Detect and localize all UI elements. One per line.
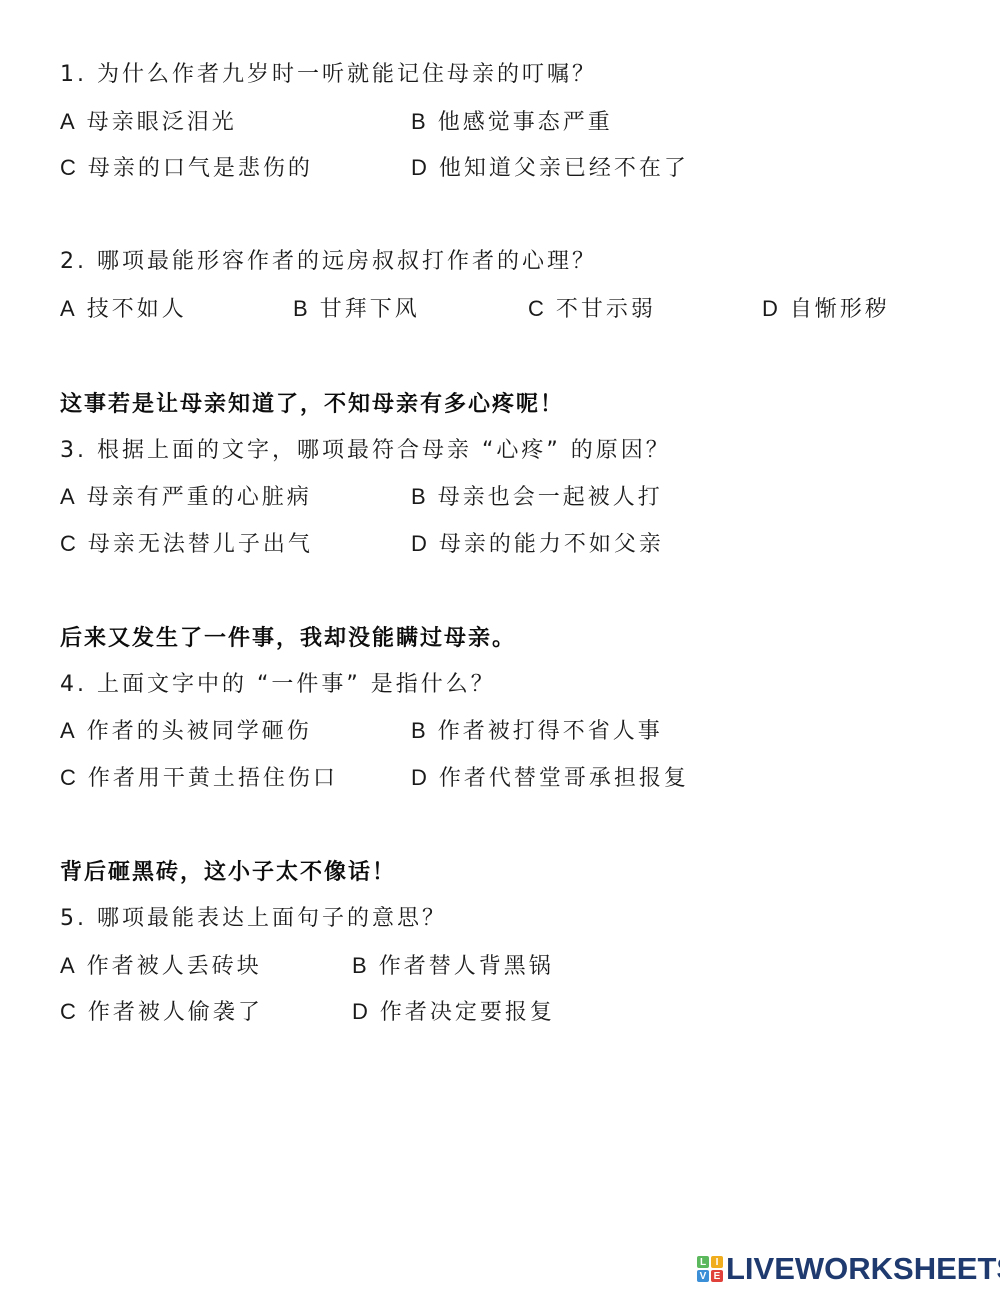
option-letter: C <box>60 765 76 790</box>
option-text: 母亲也会一起被人打 <box>438 485 663 510</box>
question-1-option-c[interactable]: C母亲的口气是悲伤的 <box>60 153 313 184</box>
question-4-text: 4. 上面文字中的 “一件事” 是指什么？ <box>60 670 496 700</box>
logo-tile-i: I <box>711 1256 723 1268</box>
option-letter: C <box>60 155 76 180</box>
question-4-option-b[interactable]: B作者被打得不省人事 <box>411 716 663 747</box>
option-text: 他知道父亲已经不在了 <box>439 156 689 181</box>
option-text: 作者替人背黑锅 <box>379 954 554 979</box>
option-letter: C <box>60 999 76 1024</box>
option-text: 作者被打得不省人事 <box>438 719 663 744</box>
question-4-quote: 后来又发生了一件事，我却没能瞒过母亲。 <box>60 624 516 654</box>
option-text: 作者被人丢砖块 <box>87 954 262 979</box>
question-5-option-b[interactable]: B作者替人背黑锅 <box>352 951 554 982</box>
option-letter: B <box>293 296 308 321</box>
option-text: 母亲眼泛泪光 <box>87 110 237 135</box>
option-text: 作者决定要报复 <box>380 1000 555 1025</box>
question-3-text: 3. 根据上面的文字，哪项最符合母亲 “心疼” 的原因？ <box>60 436 671 466</box>
option-letter: C <box>60 531 76 556</box>
option-letter: B <box>411 718 426 743</box>
question-3-option-d[interactable]: D母亲的能力不如父亲 <box>411 529 664 560</box>
option-text: 甘拜下风 <box>320 297 420 322</box>
option-letter: D <box>352 999 368 1024</box>
question-4-option-a[interactable]: A作者的头被同学砸伤 <box>60 716 312 747</box>
logo-text: LIVEWORKSHEETS <box>726 1253 1000 1285</box>
question-5-text: 5. 哪项最能表达上面句子的意思？ <box>60 904 447 934</box>
option-letter: A <box>60 109 75 134</box>
option-letter: D <box>762 296 778 321</box>
option-text: 他感觉事态严重 <box>438 110 613 135</box>
option-letter: B <box>411 484 426 509</box>
option-text: 母亲无法替儿子出气 <box>88 532 313 557</box>
question-3-option-b[interactable]: B母亲也会一起被人打 <box>411 482 663 513</box>
option-letter: D <box>411 765 427 790</box>
question-2-option-b[interactable]: B甘拜下风 <box>293 294 420 325</box>
question-1-text: 1. 为什么作者九岁时一听就能记住母亲的叮嘱？ <box>60 60 597 90</box>
live-tiles-icon: L I V E <box>697 1256 723 1282</box>
option-text: 作者用干黄土捂住伤口 <box>88 766 338 791</box>
option-letter: A <box>60 953 75 978</box>
question-5-option-d[interactable]: D作者决定要报复 <box>352 997 555 1028</box>
question-3-option-c[interactable]: C母亲无法替儿子出气 <box>60 529 313 560</box>
logo-tile-e: E <box>711 1270 723 1282</box>
option-text: 不甘示弱 <box>556 297 656 322</box>
question-4-option-c[interactable]: C作者用干黄土捂住伤口 <box>60 763 338 794</box>
liveworksheets-logo[interactable]: L I V E LIVEWORKSHEETS <box>697 1253 1000 1285</box>
option-text: 作者的头被同学砸伤 <box>87 719 312 744</box>
question-2-text: 2. 哪项最能形容作者的远房叔叔打作者的心理？ <box>60 247 597 277</box>
question-1-option-a[interactable]: A母亲眼泛泪光 <box>60 107 237 138</box>
option-letter: A <box>60 718 75 743</box>
option-letter: B <box>411 109 426 134</box>
option-letter: D <box>411 155 427 180</box>
option-text: 自惭形秽 <box>790 297 890 322</box>
question-2-option-c[interactable]: C不甘示弱 <box>528 294 656 325</box>
question-4-option-d[interactable]: D作者代替堂哥承担报复 <box>411 763 689 794</box>
question-2-option-d[interactable]: D自惭形秽 <box>762 294 890 325</box>
option-text: 作者被人偷袭了 <box>88 1000 263 1025</box>
question-5-option-a[interactable]: A作者被人丢砖块 <box>60 951 262 982</box>
option-text: 母亲的能力不如父亲 <box>439 532 664 557</box>
option-text: 技不如人 <box>87 297 187 322</box>
option-letter: A <box>60 484 75 509</box>
question-2-option-a[interactable]: A技不如人 <box>60 294 187 325</box>
question-1-option-b[interactable]: B他感觉事态严重 <box>411 107 613 138</box>
option-text: 母亲有严重的心脏病 <box>87 485 312 510</box>
question-1-option-d[interactable]: D他知道父亲已经不在了 <box>411 153 689 184</box>
question-5-option-c[interactable]: C作者被人偷袭了 <box>60 997 263 1028</box>
option-letter: A <box>60 296 75 321</box>
option-letter: C <box>528 296 544 321</box>
logo-tile-l: L <box>697 1256 709 1268</box>
question-3-quote: 这事若是让母亲知道了，不知母亲有多心疼呢！ <box>60 390 564 420</box>
question-3-option-a[interactable]: A母亲有严重的心脏病 <box>60 482 312 513</box>
option-letter: D <box>411 531 427 556</box>
option-text: 母亲的口气是悲伤的 <box>88 156 313 181</box>
question-5-quote: 背后砸黑砖，这小子太不像话！ <box>60 858 396 888</box>
option-text: 作者代替堂哥承担报复 <box>439 766 689 791</box>
logo-tile-v: V <box>697 1270 709 1282</box>
option-letter: B <box>352 953 367 978</box>
